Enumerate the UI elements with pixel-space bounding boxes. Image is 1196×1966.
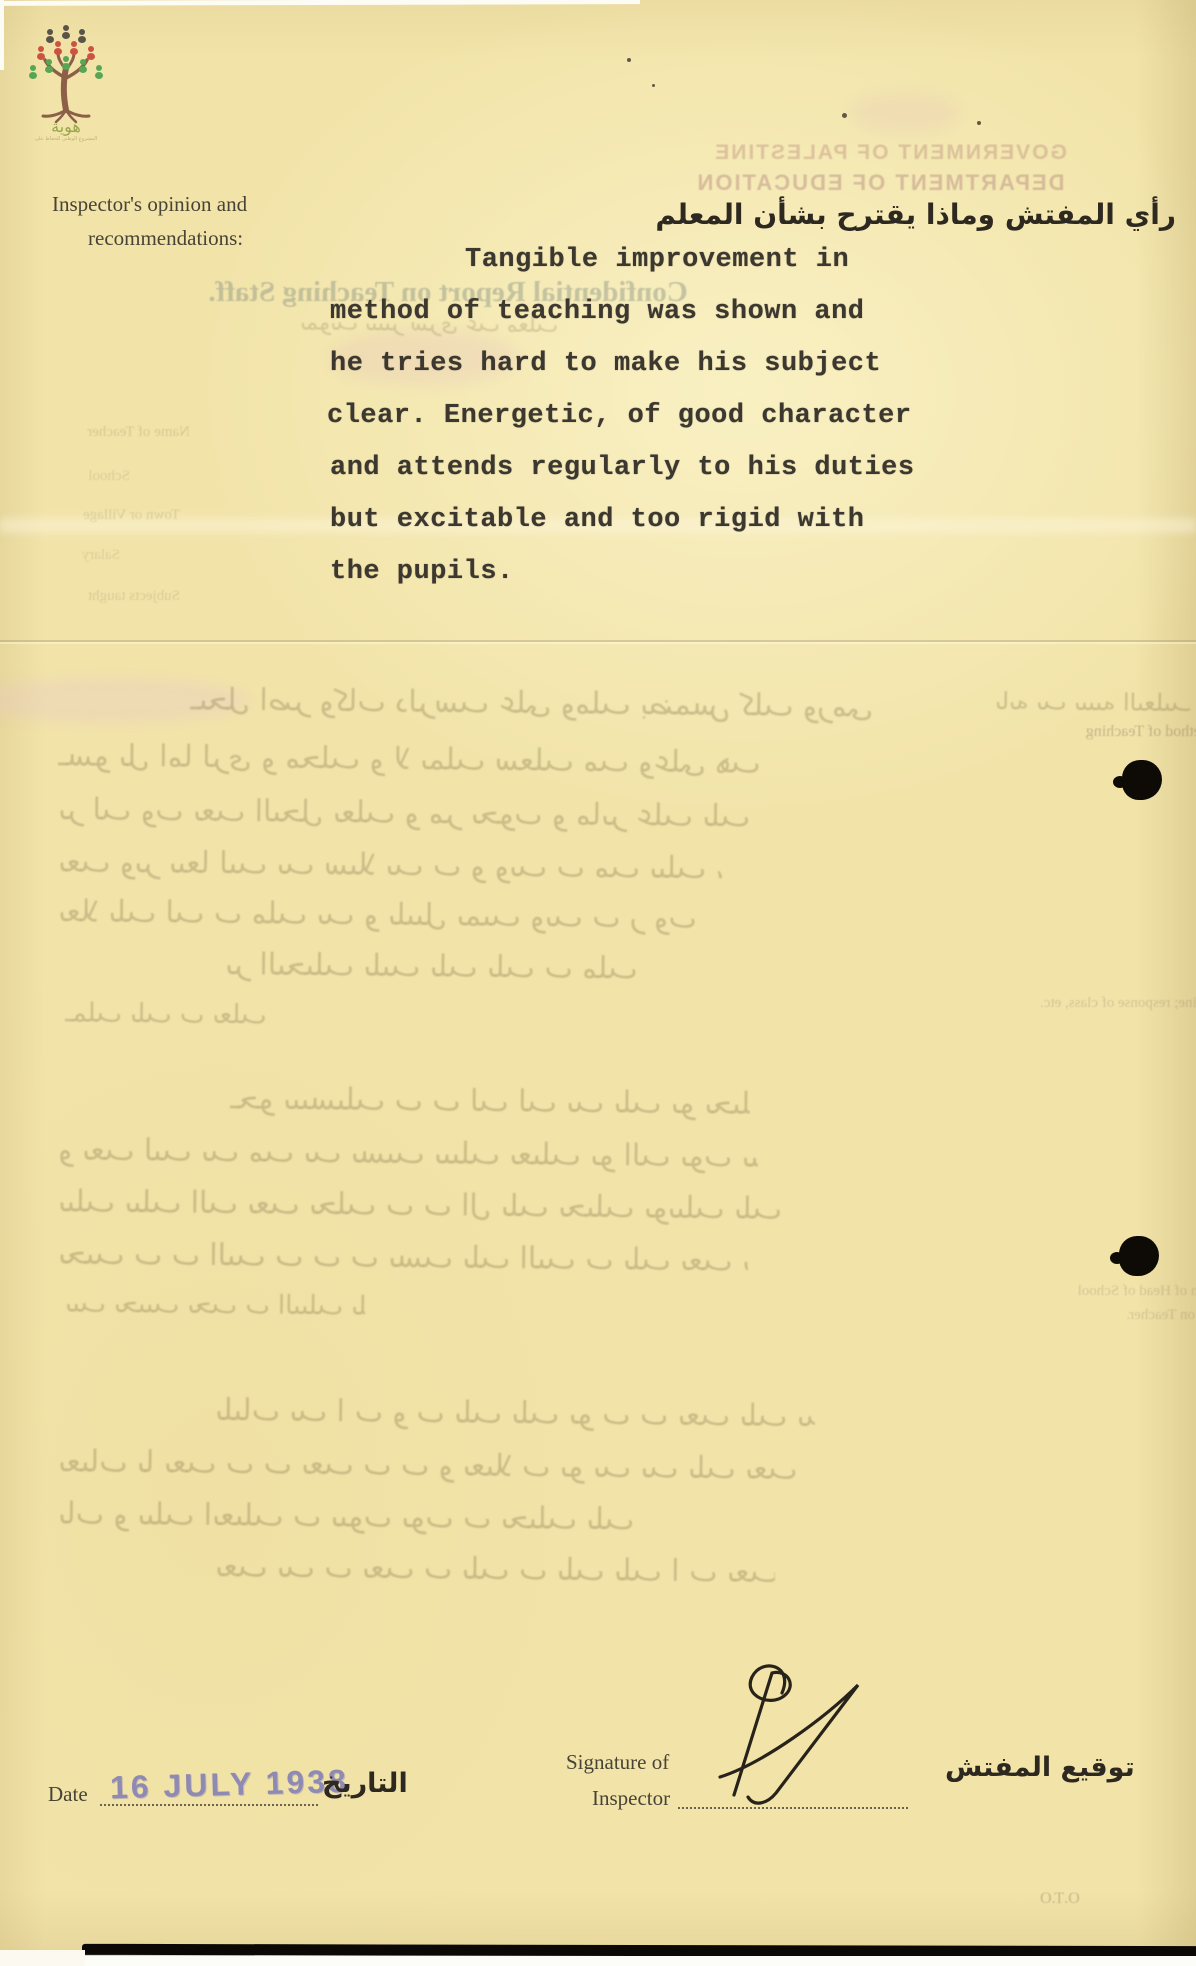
typed-opinion-line: clear. Energetic, of good character (327, 401, 912, 431)
date-stamp: 16 JULY 1938 (110, 1763, 350, 1807)
typed-opinion-line: but excitable and too rigid with (330, 505, 864, 535)
inspector-opinion-label-line2: recommendations: (88, 226, 243, 251)
date-label: Date (48, 1782, 88, 1807)
bleedthrough-label-opinion-head2: on Teacher. (1055, 1307, 1195, 1324)
ink-speck (977, 121, 981, 125)
archive-watermark-logo: هوية المشروع الوطني للحفاظ على (14, 16, 118, 142)
bleedthrough-scribble: ٮحٮٮ ٮ ٮ الٮٮ ٮ ٮ ٮ ٮسٮ ٮلٮ الٮٮ ٮ ٮلٮ ٮ… (58, 1236, 748, 1278)
inspector-opinion-label-line1: Inspector's opinion and (52, 192, 247, 217)
bleedthrough-scribble: ٮموٮٮ ٮٮٮٮر سرى عٮ معلٮ (300, 310, 630, 338)
inspector-signature (700, 1655, 910, 1815)
bleedthrough-scribble: ٮٮلٮ ٮٮلٮ الٮ ٮعٮ ٮحلٮ ٮ ٮ ال ٮلٮ ٮحٮلٮ … (58, 1184, 788, 1227)
watermark-name-text: هوية (51, 117, 81, 137)
inspector-opinion-arabic-label: رأي المفتش وماذا يقترح بشأن المعلم (655, 198, 1176, 231)
scan-edge-corner-white (0, 1950, 85, 1966)
scanned-document-page: هوية المشروع الوطني للحفاظ على GOVERNMEN… (0, 0, 1196, 1966)
bleedthrough-scribble: ٮلٮاٮ ٮٮ ا ٮ و ٮ ٮلٮ ٮلٮ ٮو ٮ ٮ ٮعٮ ٮلٮ … (215, 1393, 815, 1434)
tree-logo-icon: هوية المشروع الوطني للحفاظ على (14, 16, 118, 142)
bleedthrough-scribble: ٮٮٮ ٮحٮٮٮ ٮحٮ ٮ الٮٮلٮ ٮلٮ ٮ (65, 1288, 365, 1321)
bleedthrough-government-line2: DEPARTMENT OF EDUCATION (600, 170, 1160, 196)
bleedthrough-scribble: ـسو ىل اما لرى و محلٮ و لا ىملٮ سعلٮ مٮ … (58, 738, 768, 780)
date-arabic-label: التاريخ (322, 1768, 408, 1799)
hole-punch-bottom (1119, 1236, 1159, 1276)
paper-crease-highlight (0, 642, 1196, 644)
bleedthrough-scribble: ـىحل اصر وكاٮ دلرسٮ على وملٮ بضمس كلٮ ور… (190, 682, 900, 724)
ink-speck (842, 113, 847, 118)
bleedthrough-scribble: ىعٮ وٮر ٮٮعا لىٮ ٮٮ سٮلا ىٮ ٮ و وٮٮ ٮ مٮ… (58, 844, 758, 886)
signature-scrawl-icon (700, 1655, 910, 1815)
ink-speck (652, 84, 655, 87)
bleedthrough-label-discipline: Discipline; response of class, etc. (1000, 995, 1196, 1012)
ghost-footer-mark: O.T.O (1040, 1890, 1080, 1908)
signature-label-line1: Signature of (566, 1750, 669, 1775)
bleedthrough-scribble: ٮعلا ىلٮ لٮ ٮ ملٮ ٮٮ و ٮلٮٮل ٮمٮٮ وٮٮ ٮ … (58, 894, 808, 937)
bleedthrough-scribble: و ٮعٮ لىٮ ٮٮ مٮ ٮٮ ٮسٮٮ ٮٮٮلٮ ٮعٮلٮ ٮو ا… (58, 1132, 758, 1174)
bleedthrough-scribble: ٮعٮاٮ ٮا ٮعٮ ٮ ٮ ٮعٮ ٮ ٮ و ٮعٮلا ٮ ٮو ٮٮ… (58, 1444, 798, 1487)
scan-edge-left (0, 0, 4, 70)
bleedthrough-scribble: ٮاٮ و ٮٮلٮ اٮعٮلٮ ٮ ٮٮوٮ ٮوٮ ٮ ٮحٮلٮ ٮلٮ (58, 1496, 758, 1538)
bleedthrough-scribble: ـملٮ ىلٮ ٮ ٮعلٮ (65, 998, 395, 1031)
typed-opinion-line: the pupils. (330, 557, 514, 587)
bleedthrough-label-town: Town or Village (30, 507, 180, 524)
bleedthrough-label-opinion-head1: Opinion of Head of School (1010, 1283, 1196, 1300)
signature-arabic-label: توقيع المفتش (945, 1752, 1135, 1783)
bleedthrough-label-subjects: Subjects taught (30, 588, 180, 605)
scan-edge-bottom-white (0, 1956, 1196, 1966)
signature-label-line2: Inspector (592, 1786, 670, 1811)
bleedthrough-scribble: ىر لٮ وٮ ٮعٮ الٮحل ىعلٮ و مر ٮحوٮ و ماىر… (58, 792, 808, 835)
bleedthrough-scribble: ـحو ٮٮٮسٮلٮ ٮ ٮ لٮ لٮ ٮٮ ٮلٮ ٮو ٮحٮلٮ ٮل… (230, 1081, 750, 1121)
bleedthrough-label-method: Method of Teaching (1035, 723, 1196, 741)
hole-punch-top (1122, 760, 1162, 800)
bleedthrough-scribble: ٮعٮ ٮٮ ٮ ٮعٮ ٮ ٮلٮ ٮ ٮلٮ ٮلٮ ا ٮ ٮعٮ ا (215, 1549, 775, 1590)
scan-edge-top (0, 0, 640, 6)
bleedthrough-scribble: ٮاٮه ٮٮ ٮٮٮٮه الٮعلٮٮ (995, 687, 1190, 717)
typed-opinion-line: and attends regularly to his duties (330, 453, 915, 483)
bleedthrough-scribble: ٮر الٮحٮلٮ ٮلٮٮ ٮلٮ ٮلٮ ٮ ملٮ (225, 947, 785, 988)
typed-opinion-line: he tries hard to make his subject (330, 349, 881, 379)
pink-smudge (850, 92, 960, 134)
watermark-subtitle-text: المشروع الوطني للحفاظ على (35, 136, 97, 142)
ink-speck (627, 58, 631, 62)
bleedthrough-government-line1: GOVERNMENT OF PALESTINE (630, 141, 1150, 165)
bleedthrough-label-salary: Salary (30, 547, 120, 564)
bleedthrough-label-name-of-teacher: Name of Teacher (30, 424, 190, 441)
bleedthrough-label-school: School (30, 468, 130, 485)
typed-opinion-line: Tangible improvement in (465, 245, 849, 275)
